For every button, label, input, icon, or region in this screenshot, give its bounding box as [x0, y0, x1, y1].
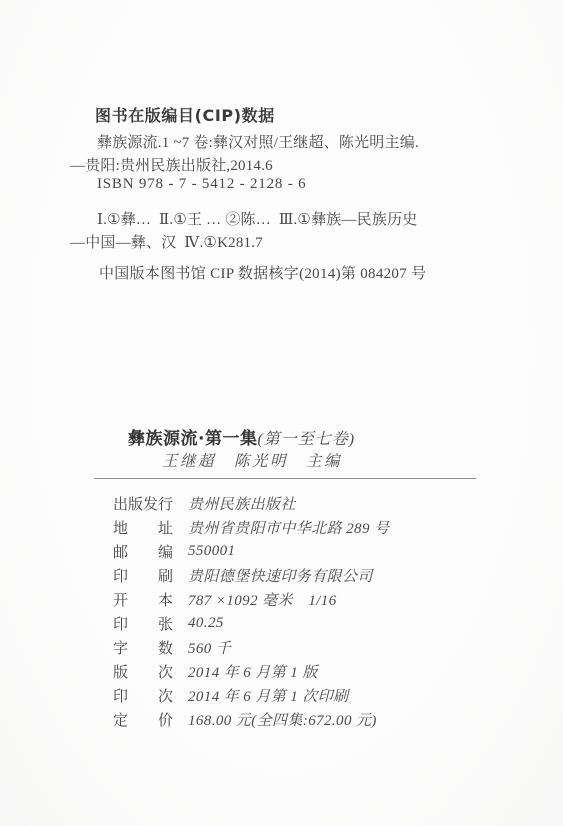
cip-classification-line2: —中国—彝、汉 Ⅳ.①K281.7 — [70, 231, 263, 252]
colophon-row-label: 字 数 — [113, 637, 176, 658]
colophon-row-publisher: 出版发行 贵州民族出版社 — [113, 491, 493, 515]
cip-header: 图书在版编目(CIP)数据 — [95, 103, 275, 126]
colophon-row-value: 40.25 — [188, 615, 224, 632]
colophon-row-format: 开 本 787 ×1092 毫米 1/16 — [113, 587, 493, 611]
colophon-row-label: 印 次 — [113, 685, 176, 706]
volume-range: (第一至七卷) — [257, 431, 355, 448]
colophon-row-value: 贵州省贵阳市中华北路 289 号 — [188, 517, 389, 538]
colophon-row-label: 版 次 — [113, 661, 176, 682]
editors-line: 王继超 陈光明 主编 — [162, 449, 342, 471]
colophon-row-price: 定 价 168.00 元(全四集:672.00 元) — [113, 707, 493, 731]
colophon-row-impression: 印 次 2014 年 6 月第 1 次印刷 — [113, 683, 493, 707]
colophon-row-value: 560 千 — [188, 637, 231, 658]
colophon-row-value: 550001 — [188, 543, 235, 560]
colophon-row-edition: 版 次 2014 年 6 月第 1 版 — [113, 659, 493, 683]
colophon-row-sheets: 印 张 40.25 — [113, 611, 493, 635]
colophon-row-label: 定 价 — [113, 709, 176, 730]
cip-record-number: 中国版本图书馆 CIP 数据核字(2014)第 084207 号 — [99, 262, 426, 283]
colophon-row-value: 787 ×1092 毫米 1/16 — [188, 589, 337, 610]
colophon-row-label: 出版发行 — [113, 493, 176, 514]
colophon-row-postcode: 邮 编 550001 — [113, 539, 493, 563]
colophon-row-address: 地 址 贵州省贵阳市中华北路 289 号 — [113, 515, 493, 539]
colophon-row-wordcount: 字 数 560 千 — [113, 635, 493, 659]
book-title-line: 彝族源流·第一集(第一至七卷) — [128, 424, 355, 449]
cip-description-line2: —贵阳:贵州民族出版社,2014.6 — [70, 154, 273, 175]
isbn-number: ISBN 978 - 7 - 5412 - 2128 - 6 — [97, 176, 306, 193]
colophon-row-value: 2014 年 6 月第 1 版 — [188, 661, 318, 682]
cip-classification-line1: Ⅰ.①彝… Ⅱ.①王 … ②陈… Ⅲ.①彝族—民族历史 — [97, 208, 417, 229]
colophon-row-label: 地 址 — [113, 517, 176, 538]
colophon-row-label: 开 本 — [113, 589, 176, 610]
cip-description-line1: 彝族源流.1 ~7 卷:彝汉对照/王继超、陈光明主编. — [97, 131, 419, 152]
colophon-row-printer: 印 刷 贵阳德堡快速印务有限公司 — [113, 563, 493, 587]
colophon-table: 出版发行 贵州民族出版社 地 址 贵州省贵阳市中华北路 289 号 邮 编 55… — [113, 491, 493, 731]
colophon-row-value: 贵州民族出版社 — [188, 493, 296, 514]
colophon-row-label: 邮 编 — [113, 541, 176, 562]
colophon-row-label: 印 张 — [113, 613, 176, 634]
colophon-row-value: 贵阳德堡快速印务有限公司 — [188, 565, 373, 586]
colophon-row-value: 2014 年 6 月第 1 次印刷 — [188, 685, 349, 706]
colophon-row-value: 168.00 元(全四集:672.00 元) — [188, 709, 377, 730]
divider-rule — [94, 478, 476, 479]
colophon-row-label: 印 刷 — [113, 565, 176, 586]
series-title: 彝族源流·第一集 — [128, 429, 257, 449]
book-copyright-page: 图书在版编目(CIP)数据 彝族源流.1 ~7 卷:彝汉对照/王继超、陈光明主编… — [0, 0, 563, 826]
